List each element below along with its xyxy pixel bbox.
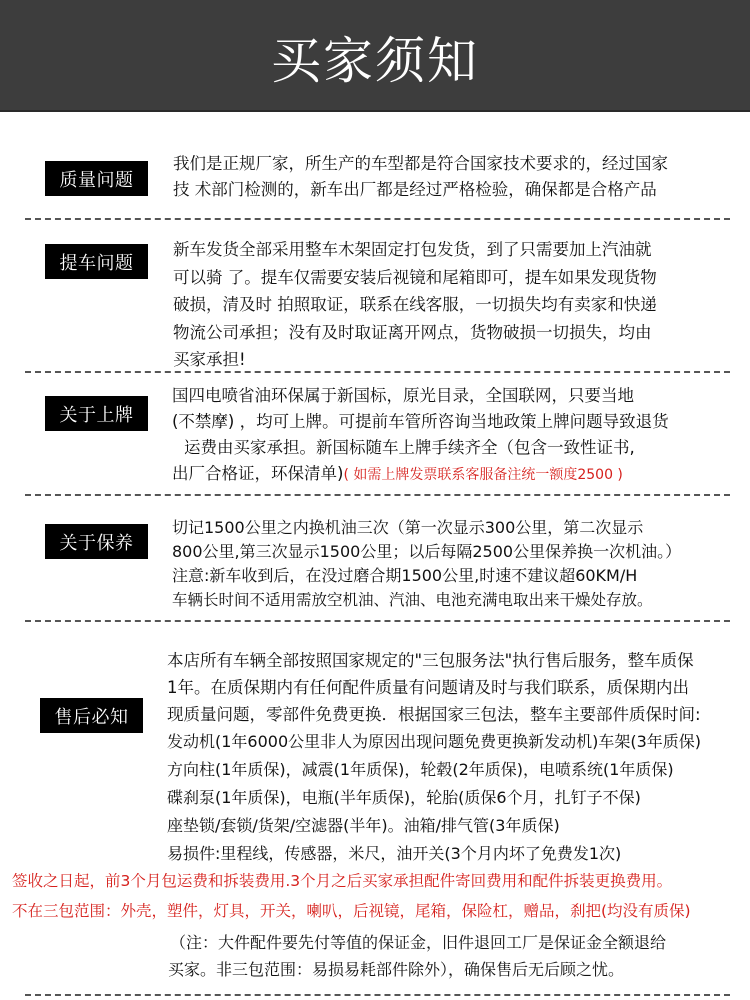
- section-label-aftersales: 售后必知: [40, 698, 143, 733]
- text-line: 注意:新车收到后，在没过磨合期1500公里,时速不建议超60KM/H: [172, 563, 740, 587]
- text-line: 可以骑 了。提车仅需要安装后视镜和尾箱即可，提车如果发现货物: [173, 264, 740, 292]
- dashed-divider: [25, 371, 730, 373]
- section-label-quality: 质量问题: [45, 161, 148, 196]
- dashed-divider: [25, 994, 730, 996]
- text-line: 破损，清及时 拍照取证，联系在线客服，一切损失均有卖家和快递: [173, 291, 740, 319]
- text-line: 技 术部门检测的，新车出厂都是经过严格检验，确保都是合格产品: [173, 177, 740, 203]
- text-line: 出厂合格证，环保清单)( 如需上牌发票联系客服备注统一额度2500 ): [172, 461, 740, 487]
- red-note: ( 如需上牌发票联系客服备注统一额度2500 ): [343, 467, 622, 483]
- section-text-quality: 我们是正规厂家，所生产的车型都是符合国家技术要求的，经过国家 技 术部门检测的，…: [173, 151, 740, 203]
- text-line: 本店所有车辆全部按照国家规定的"三包服务法"执行售后服务，整车质保: [167, 648, 740, 675]
- note-line: （注：大件配件要先付等值的保证金，旧件退回工厂是保证金全额退给: [170, 930, 666, 956]
- text-line: 发动机(1年6000公里非人为原因出现问题免费更换新发动机)车架(3年质保): [167, 729, 740, 757]
- text-line: 新车发货全部采用整车木架固定打包发货，到了只需要加上汽油就: [173, 236, 740, 264]
- text-line: 运费由买家承担。新国标随车上牌手续齐全（包含一致性证书,: [172, 435, 740, 461]
- section-label-maintenance: 关于保养: [45, 524, 148, 559]
- text-line: 800公里,第三次显示1500公里；以后每隔2500公里保养换一次机油。）: [172, 539, 740, 563]
- text-line: 1年。在质保期内有任何配件质量有问题请及时与我们联系，质保期内出: [167, 675, 740, 702]
- dashed-divider: [25, 620, 730, 622]
- text-line: 方向柱(1年质保)，减震(1年质保)，轮毂(2年质保)，电喷系统(1年质保): [167, 757, 740, 785]
- text-line: (不禁摩) ，均可上牌。可提前车管所咨询当地政策上牌问题导致退货: [172, 409, 740, 435]
- section-text-aftersales: 本店所有车辆全部按照国家规定的"三包服务法"执行售后服务，整车质保 1年。在质保…: [167, 648, 740, 869]
- text-line: 碟刹泵(1年质保)，电瓶(半年质保)，轮胎(质保6个月，扎钉子不保): [167, 785, 740, 813]
- page-header: 买家须知: [0, 0, 750, 112]
- text-line: 国四电喷省油环保属于新国标，原光目录，全国联网，只要当地: [172, 383, 740, 409]
- section-label-pickup: 提车问题: [45, 244, 148, 279]
- section-text-registration: 国四电喷省油环保属于新国标，原光目录，全国联网，只要当地 (不禁摩) ，均可上牌…: [172, 383, 740, 487]
- text-segment: 出厂合格证，环保清单): [172, 464, 343, 483]
- text-line: 车辆长时间不适用需放空机油、汽油、电池充满电取出来干燥处存放。: [172, 587, 740, 611]
- text-line: 物流公司承担；没有及时取证离开网点，货物破损一切损失，均由: [173, 319, 740, 347]
- dashed-divider: [25, 494, 730, 496]
- text-line: 买家承担!: [173, 346, 740, 374]
- red-notice-exclusions: 不在三包范围：外壳，塑件，灯具，开关，喇叭，后视镜，尾箱，保险杠，赠品，刹把(均…: [12, 898, 691, 924]
- section-text-maintenance: 切记1500公里之内换机油三次（第一次显示300公里，第二次显示 800公里,第…: [172, 515, 740, 611]
- page-title: 买家须知: [271, 21, 479, 93]
- note-line: 买家。非三包范围：易损易耗部件除外），确保售后无后顾之忧。: [168, 957, 624, 983]
- section-label-registration: 关于上牌: [45, 396, 148, 431]
- text-line: 座垫锁/套锁/货架/空滤器(半年)。油箱/排气管(3年质保): [167, 813, 740, 841]
- text-line: 切记1500公里之内换机油三次（第一次显示300公里，第二次显示: [172, 515, 740, 539]
- text-line: 现质量问题，零部件免费更换．根据国家三包法，整车主要部件质保时间:: [167, 702, 740, 729]
- text-line: 易损件:里程线，传感器，米尺，油开关(3个月内坏了免费发1次): [167, 841, 740, 869]
- section-text-pickup: 新车发货全部采用整车木架固定打包发货，到了只需要加上汽油就 可以骑 了。提车仅需…: [173, 236, 740, 374]
- red-notice-shipping: 签收之日起，前3个月包运费和拆装费用.3个月之后买家承担配件寄回费用和配件拆装更…: [12, 868, 672, 894]
- dashed-divider: [25, 218, 730, 220]
- text-line: 我们是正规厂家，所生产的车型都是符合国家技术要求的，经过国家: [173, 151, 740, 177]
